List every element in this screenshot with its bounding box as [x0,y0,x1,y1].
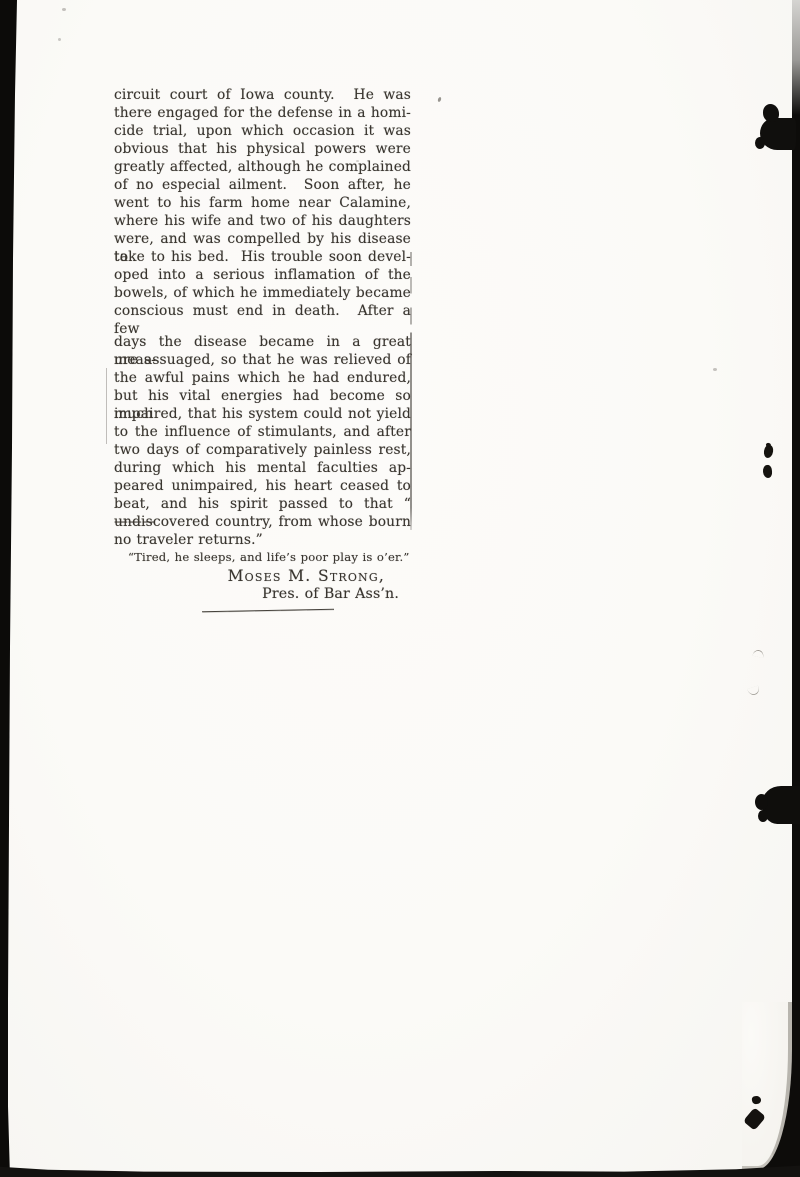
bottom-scan-edge [0,1165,800,1177]
text-line: peared unimpaired, his heart ceased to [114,477,411,495]
text-line: of no especial ailment. Soon after, he [114,176,411,194]
text-line: there engaged for the defense in a homi- [114,104,411,122]
text-line: where his wife and two of his daughters [114,212,411,230]
text-line: take to his bed. His trouble soon devel- [114,248,411,266]
signature-title: Pres. of Bar Ass’n. [114,585,411,603]
text-line: ure assuaged, so that he was relieved of [114,351,411,369]
right-scan-edge [792,0,800,1177]
text-line: cide trial, upon which occasion it was [114,122,411,140]
text-line: were, and was compelled by his disease t… [114,230,411,248]
ink-blob-top [760,118,796,150]
text-line: to the influence of stimulants, and afte… [114,423,411,441]
end-rule [202,609,334,613]
signature-name: Moses M. Strong, [114,567,411,585]
speck [713,368,717,371]
text-line: beat, and his spirit passed to that “ ——… [114,495,411,513]
ink-blob-middle [762,786,800,824]
closing-quote: “Tired, he sleeps, and life’s poor play … [114,550,411,564]
text-line: the awful pains which he had endured, [114,369,411,387]
pencil-mark-2 [747,685,761,696]
text-line: during which his mental faculties ap- [114,459,411,477]
speck [348,150,351,153]
left-scan-edge [0,0,18,1177]
text-line: oped into a serious inflamation of the [114,266,411,284]
speck [58,38,61,41]
text-line: circuit court of Iowa county. He was [114,86,411,104]
text-line: went to his farm home near Calamine, [114,194,411,212]
ink-dot-lower [762,465,772,479]
pencil-mark-1 [752,649,764,658]
text-line: two days of comparatively painless rest, [114,441,411,459]
text-line: but his vital energies had become so muc… [114,387,411,405]
margin-line [106,368,107,444]
speck [356,160,359,162]
article-column: circuit court of Iowa county. He wasther… [114,86,411,611]
speck [62,8,66,11]
text-line: obvious that his physical powers were [114,140,411,158]
text-line: impaired, that his system could not yiel… [114,405,411,423]
article-paragraph-1: circuit court of Iowa county. He wasther… [114,86,411,320]
column-rule [410,252,412,530]
text-line: no traveler returns.” [114,531,411,549]
article-paragraph-2: days the disease became in a great meas-… [114,333,411,549]
scanned-page: circuit court of Iowa county. He wasther… [0,0,800,1177]
text-line: conscious must end in death. After a few [114,302,411,320]
text-line: bowels, of which he immediately became [114,284,411,302]
text-line: days the disease became in a great meas- [114,333,411,351]
text-line: undiscovered country, from whose bourn [114,513,411,531]
ink-dot-upper [763,444,774,458]
speck [437,97,442,103]
text-line: greatly affected, although he complained [114,158,411,176]
